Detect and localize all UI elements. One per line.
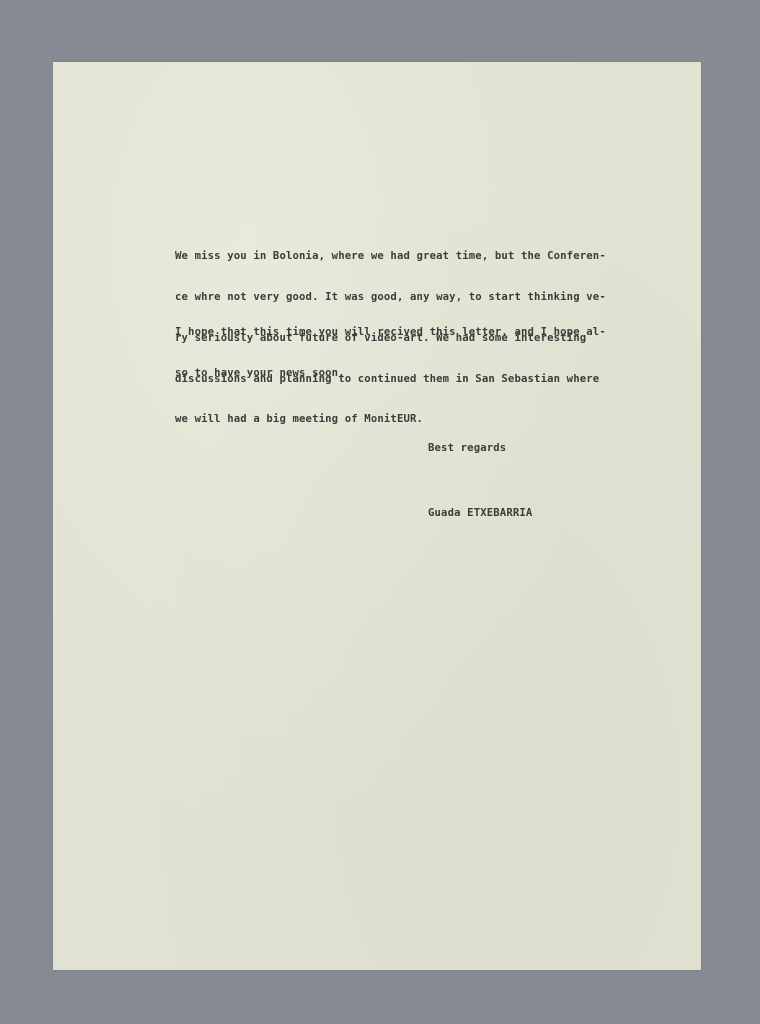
text-line: I hope that this time you will recived t… [175, 326, 606, 340]
paragraph-2: I hope that this time you will recived t… [175, 299, 606, 408]
closing-salutation: Best regards [428, 442, 506, 456]
text-line: We miss you in Bolonia, where we had gre… [175, 250, 606, 264]
signature-name: Guada ETXEBARRIA [428, 507, 532, 521]
letter-page: We miss you in Bolonia, where we had gre… [53, 62, 701, 970]
text-line: we will had a big meeting of MonitEUR. [175, 413, 606, 427]
text-line: so to have your news soon. [175, 367, 606, 381]
